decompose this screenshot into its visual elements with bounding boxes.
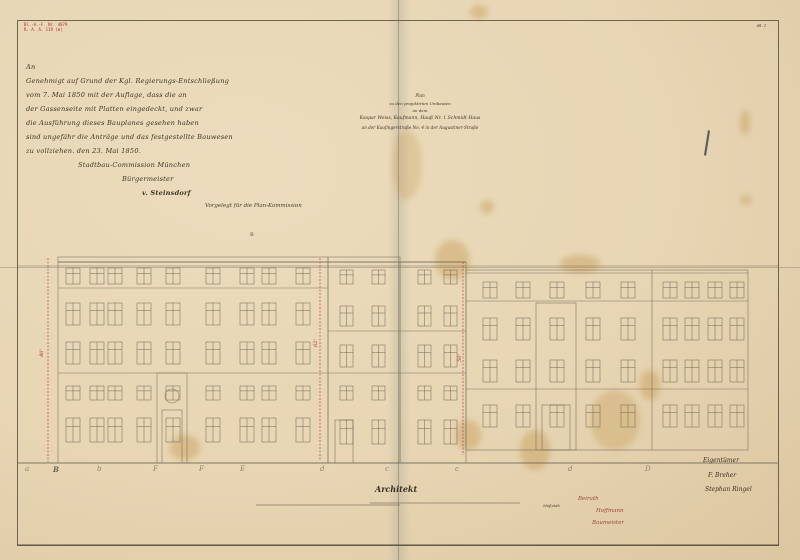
axis-label: E xyxy=(240,465,245,473)
axis-label: F xyxy=(199,465,204,473)
architect-signature: Architekt xyxy=(375,484,417,494)
axis-label: a xyxy=(25,465,29,473)
axis-label: c xyxy=(385,465,389,473)
axis-label: D xyxy=(645,465,651,473)
owner-signature: Eigentümer xyxy=(703,457,739,464)
drawing-sheet: Bl.-A.-F. Nr. 4879 R. A. A. 119 (m) Bl. … xyxy=(0,0,800,560)
facade-elevation xyxy=(0,0,800,560)
axis-label: d xyxy=(568,465,572,473)
red-signature: Beirath xyxy=(578,496,599,502)
owner-signature: Stephan Ringel xyxy=(705,486,752,493)
scale-label: Maßstab xyxy=(543,503,560,508)
axis-label: F xyxy=(153,465,158,473)
red-signature: Baumeister xyxy=(592,520,624,526)
axis-label: B xyxy=(53,465,59,474)
red-signature: Hoffmann xyxy=(596,508,624,514)
dimension-label: 80' xyxy=(39,349,45,357)
axis-label: b xyxy=(97,465,101,473)
owner-signature: F. Breher xyxy=(708,472,736,479)
dimension-label: 50' xyxy=(457,354,463,362)
axis-label: c xyxy=(455,465,459,473)
axis-label: d xyxy=(320,465,324,473)
dimension-label: 62' xyxy=(313,339,319,347)
